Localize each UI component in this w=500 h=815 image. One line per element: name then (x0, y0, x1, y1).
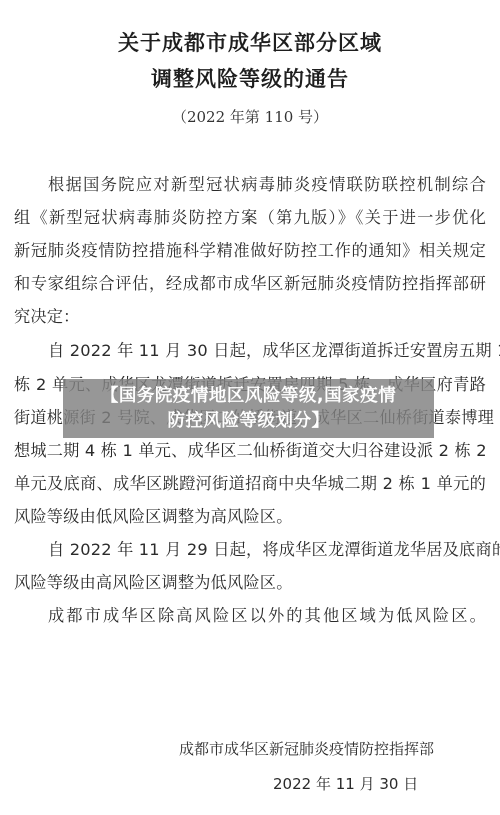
document-number: （2022 年第 110 号） (0, 106, 500, 127)
overlay-caption-line2: 防控风险等级划分】 (168, 409, 330, 434)
paragraph-4-line-1: 成都市成华区除高风险区以外的其他区域为低风险区。 (48, 606, 486, 626)
overlay-caption-line1: 【国务院疫情地区风险等级,国家疫情 (101, 384, 396, 409)
paragraph-1-line-1: 根据国务院应对新型冠状病毒肺炎疫情联防联控机制综合 (48, 175, 486, 195)
paragraph-2-line-5: 单元及底商、成华区跳蹬河街道招商中央华城二期 2 栋 1 单元的 (14, 474, 486, 494)
paragraph-1-line-3: 新冠肺炎疫情防控措施科学精准做好防控工作的通知》相关规定 (14, 241, 486, 261)
paragraph-2-line-4: 想城二期 4 栋 1 单元、成华区二仙桥街道交大归谷建设派 2 栋 2 (14, 441, 486, 461)
overlay-caption-banner: 【国务院疫情地区风险等级,国家疫情 防控风险等级划分】 (63, 379, 434, 438)
paragraph-1-line-5: 究决定： (14, 307, 486, 327)
signature-date: 2022 年 11 月 30 日 (273, 773, 418, 794)
paragraph-1-line-2: 组《新型冠状病毒肺炎防控方案（第九版）》《关于进一步优化 (14, 208, 486, 228)
paragraph-3-line-2: 风险等级由高风险区调整为低风险区。 (14, 573, 486, 593)
paragraph-2-line-6: 风险等级由低风险区调整为高风险区。 (14, 507, 486, 527)
signature-issuer: 成都市成华区新冠肺炎疫情防控指挥部 (179, 738, 434, 759)
paragraph-3-line-1: 自 2022 年 11 月 29 日起，将成华区龙潭街道龙华居及底商的 (48, 540, 486, 560)
paragraph-2-line-1: 自 2022 年 11 月 30 日起，成华区龙潭街道拆迁安置房五期 1 (48, 341, 486, 361)
document-title-line2: 调整风险等级的通告 (0, 63, 500, 93)
document-title-line1: 关于成都市成华区部分区域 (0, 27, 500, 57)
paragraph-1-line-4: 和专家组综合评估，经成都市成华区新冠肺炎疫情防控指挥部研 (14, 274, 486, 294)
